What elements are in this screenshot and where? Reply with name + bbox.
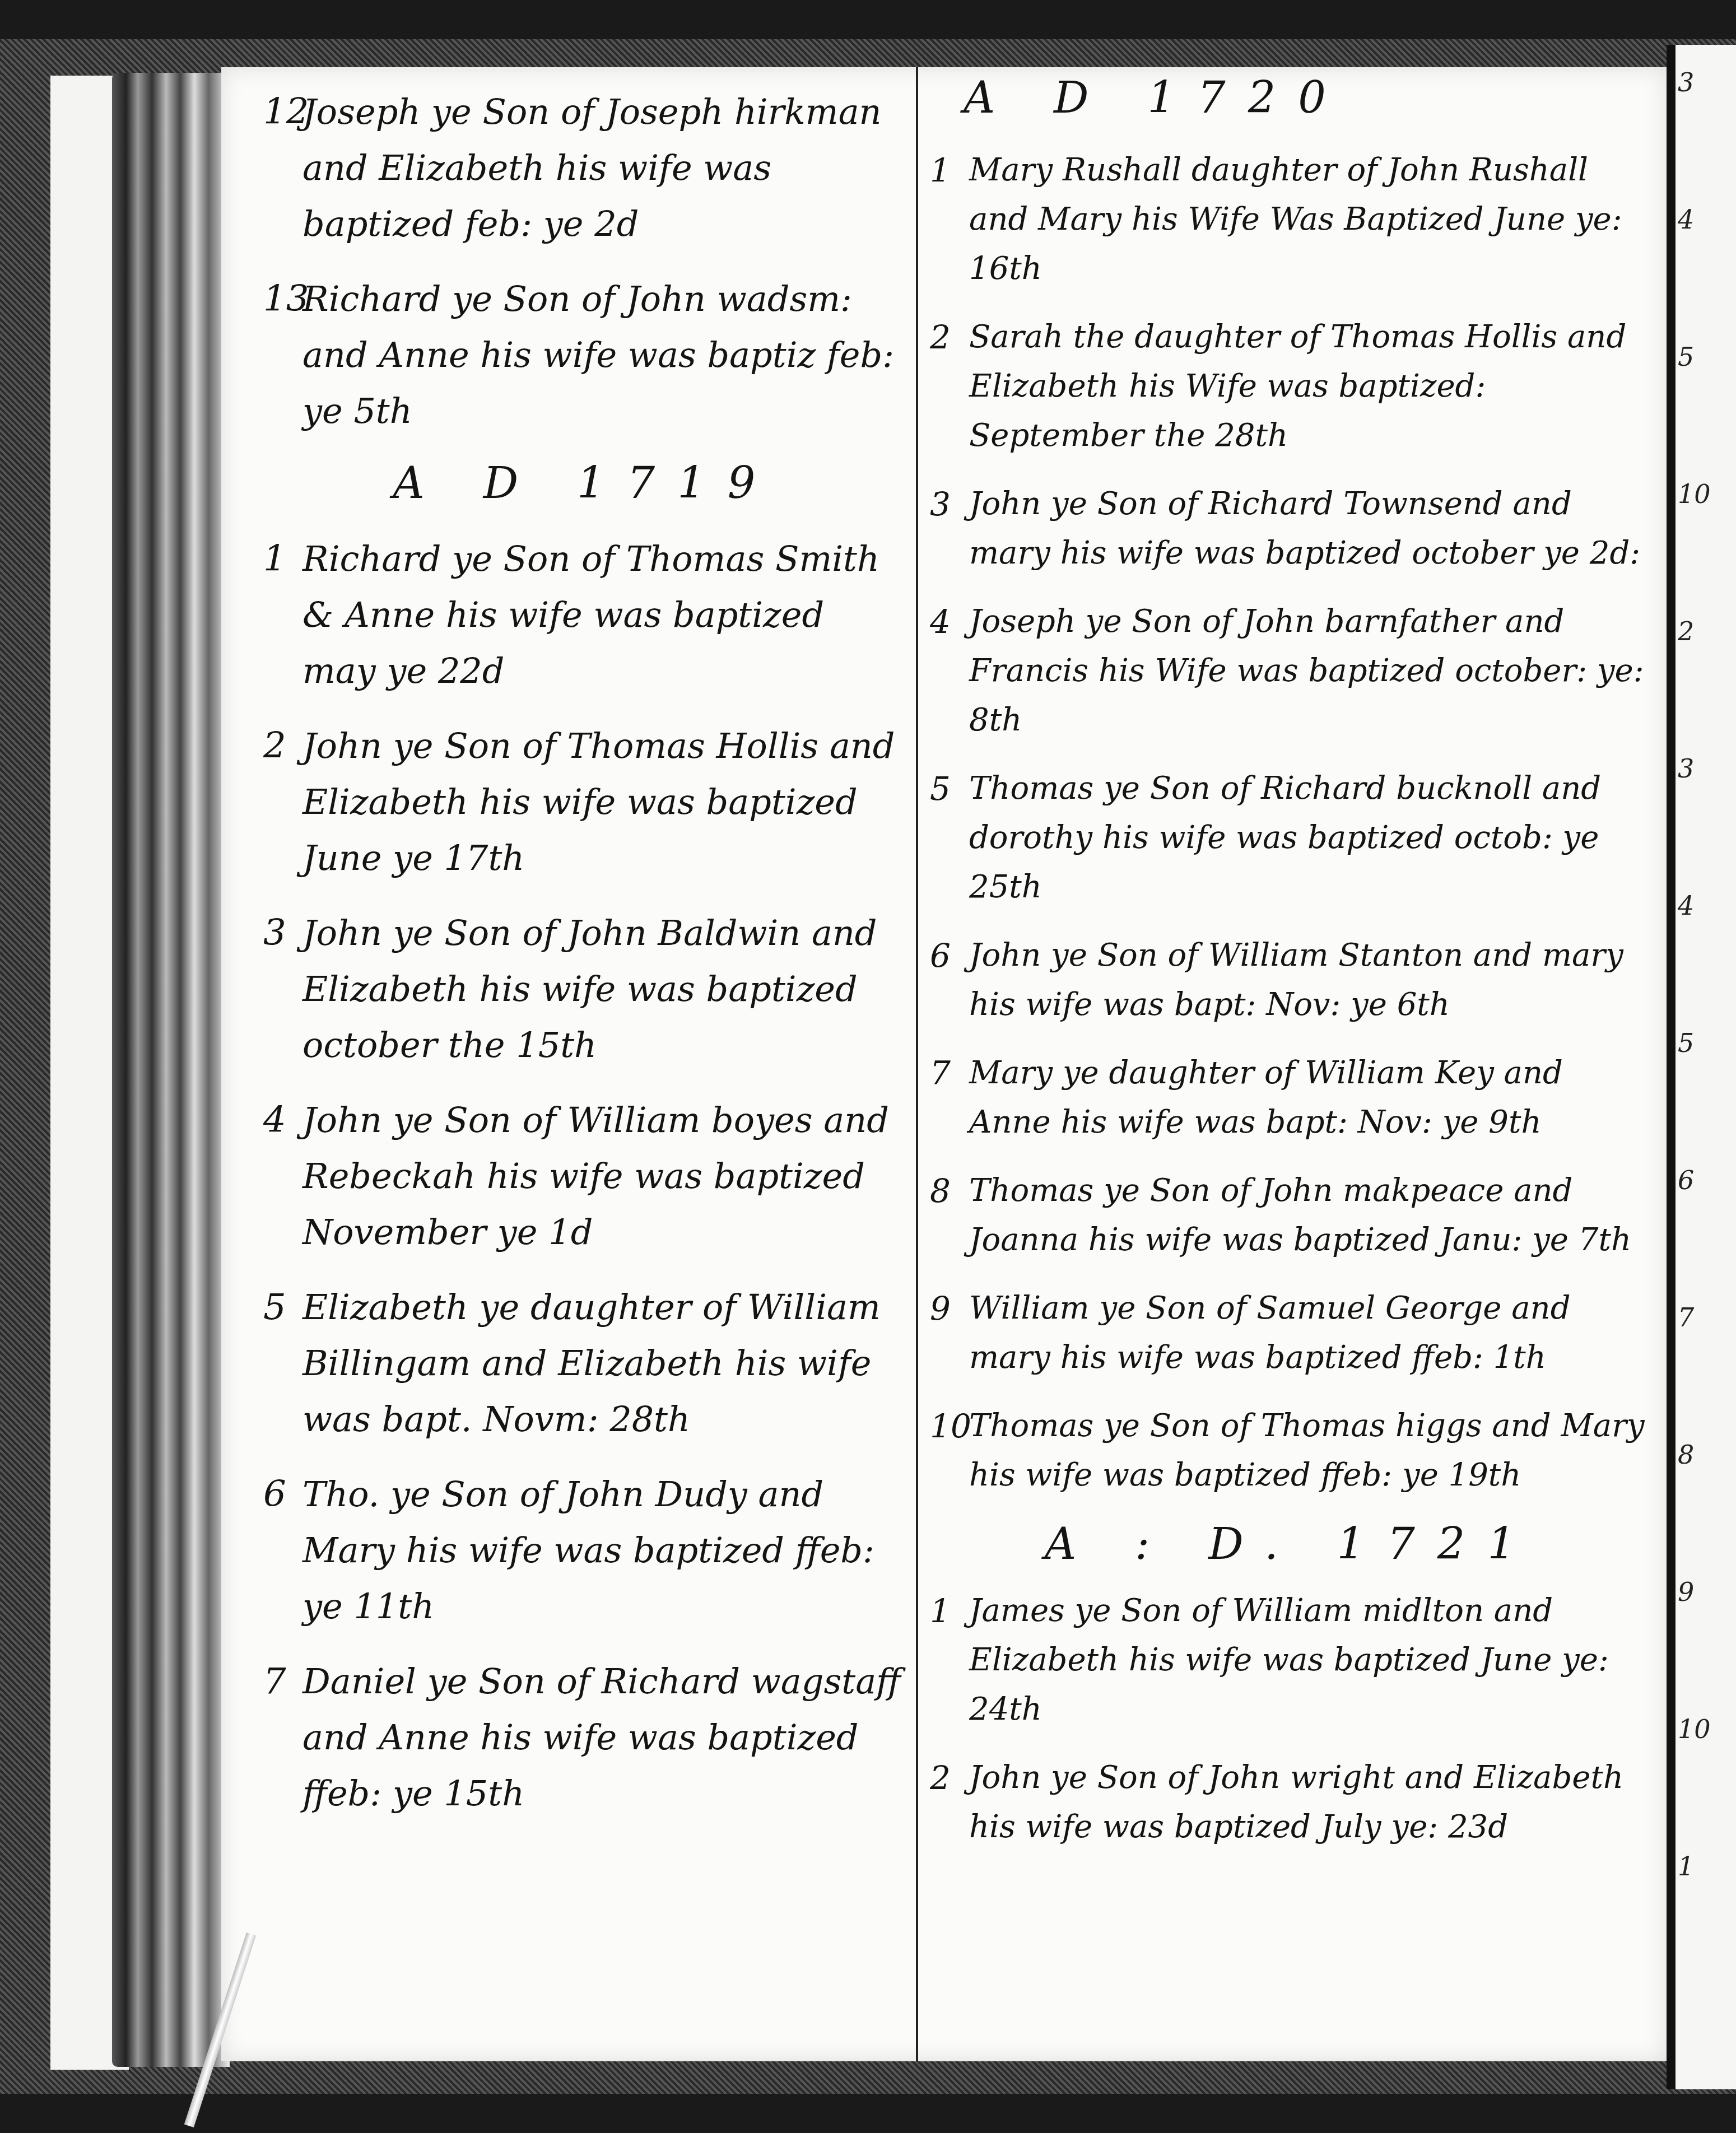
entry-text: John ye Son of Thomas Hollis and Elizabe…: [302, 718, 907, 886]
entry-text: Joseph ye Son of John barnfather and Fra…: [969, 597, 1653, 745]
entry-text: Thomas ye Son of Richard bucknoll and do…: [969, 764, 1653, 912]
entry-text: Joseph ye Son of Joseph hirkman and Eliz…: [302, 84, 907, 252]
entry-text: Tho. ye Son of John Dudy and Mary his wi…: [302, 1466, 907, 1634]
entry-number: 2: [263, 718, 302, 774]
column-rule: [916, 67, 918, 2061]
register-entry: 2 Sarah the daughter of Thomas Hollis an…: [930, 313, 1653, 460]
entry-text: John ye Son of William Stanton and mary …: [969, 931, 1653, 1030]
entry-number: 12: [263, 84, 302, 140]
entry-number: 5: [263, 1279, 302, 1335]
register-entry: 1 Richard ye Son of Thomas Smith & Anne …: [263, 531, 907, 699]
register-entry: 7 Mary ye daughter of William Key and An…: [930, 1049, 1653, 1147]
register-entry: 3 John ye Son of John Baldwin and Elizab…: [263, 905, 907, 1073]
register-entry: 9 William ye Son of Samuel George and ma…: [930, 1284, 1653, 1382]
scan-bottom-edge: [0, 2094, 1736, 2133]
register-entry: 6 Tho. ye Son of John Dudy and Mary his …: [263, 1466, 907, 1634]
entry-number: 7: [930, 1049, 969, 1098]
register-entry: 12 Joseph ye Son of Joseph hirkman and E…: [263, 84, 907, 252]
register-entry: 7 Daniel ye Son of Richard wagstaff and …: [263, 1654, 907, 1822]
entry-number: 3: [263, 905, 302, 961]
register-entry: 5 Elizabeth ye daughter of William Billi…: [263, 1279, 907, 1447]
year-heading: A : D. 1721: [930, 1519, 1653, 1570]
entry-text: John ye Son of William boyes and Rebecka…: [302, 1092, 907, 1260]
entry-text: Mary Rushall daughter of John Rushall an…: [969, 146, 1653, 294]
entry-number: 13: [263, 271, 302, 327]
margin-number: 7: [1678, 1302, 1711, 1440]
entry-number: 6: [930, 931, 969, 980]
margin-number: 1: [1678, 1851, 1711, 1988]
entry-number: 5: [930, 764, 969, 813]
register-entry: 5 Thomas ye Son of Richard bucknoll and …: [930, 764, 1653, 912]
year-heading: A D 1719: [263, 458, 907, 509]
register-entry: 3 John ye Son of Richard Townsend and ma…: [930, 479, 1653, 578]
year-heading: A D 1720: [930, 73, 1653, 123]
left-column: 12 Joseph ye Son of Joseph hirkman and E…: [263, 84, 907, 1841]
entry-text: Sarah the daughter of Thomas Hollis and …: [969, 313, 1653, 460]
entry-number: 3: [930, 479, 969, 529]
entry-text: Mary ye daughter of William Key and Anne…: [969, 1049, 1653, 1147]
margin-number: 2: [1678, 616, 1711, 753]
margin-number: 9: [1678, 1577, 1711, 1714]
margin-number: 10: [1678, 479, 1711, 616]
entry-number: 2: [930, 313, 969, 362]
entry-text: Richard ye Son of John wadsm: and Anne h…: [302, 271, 907, 439]
entry-number: 9: [930, 1284, 969, 1333]
register-entry: 4 Joseph ye Son of John barnfather and F…: [930, 597, 1653, 745]
entry-number: 4: [263, 1092, 302, 1148]
entry-number: 4: [930, 597, 969, 646]
register-entry: 8 Thomas ye Son of John makpeace and Joa…: [930, 1166, 1653, 1265]
entry-number: 1: [263, 531, 302, 587]
entry-number: 1: [930, 146, 969, 195]
register-entry: 2 John ye Son of John wright and Elizabe…: [930, 1753, 1653, 1852]
scan-top-edge: [0, 0, 1736, 39]
margin-number: 3: [1678, 67, 1711, 204]
entry-number: 7: [263, 1654, 302, 1710]
book-binding-edge: [112, 73, 230, 2067]
margin-number: 4: [1678, 891, 1711, 1028]
margin-number: 6: [1678, 1165, 1711, 1302]
margin-number: 5: [1678, 342, 1711, 479]
entry-text: Thomas ye Son of Thomas higgs and Mary h…: [969, 1401, 1653, 1500]
entry-text: Daniel ye Son of Richard wagstaff and An…: [302, 1654, 907, 1822]
register-entry: 1 Mary Rushall daughter of John Rushall …: [930, 146, 1653, 294]
register-entry: 1 James ye Son of William midlton and El…: [930, 1586, 1653, 1734]
entry-text: John ye Son of John wright and Elizabeth…: [969, 1753, 1653, 1852]
entry-text: James ye Son of William midlton and Eliz…: [969, 1586, 1653, 1734]
entry-text: William ye Son of Samuel George and mary…: [969, 1284, 1653, 1382]
entry-number: 8: [930, 1166, 969, 1215]
next-page-margin-numbers: 3 4 5 10 2 3 4 5 6 7 8 9 10 1: [1678, 67, 1711, 1988]
entry-text: Richard ye Son of Thomas Smith & Anne hi…: [302, 531, 907, 699]
register-entry: 4 John ye Son of William boyes and Rebec…: [263, 1092, 907, 1260]
entry-number: 6: [263, 1466, 302, 1522]
right-column: A D 1720 1 Mary Rushall daughter of John…: [930, 73, 1653, 1871]
entry-text: John ye Son of John Baldwin and Elizabet…: [302, 905, 907, 1073]
register-entry: 10 Thomas ye Son of Thomas higgs and Mar…: [930, 1401, 1653, 1500]
margin-number: 8: [1678, 1440, 1711, 1577]
entry-text: Thomas ye Son of John makpeace and Joann…: [969, 1166, 1653, 1265]
margin-number: 4: [1678, 204, 1711, 342]
entry-number: 2: [930, 1753, 969, 1803]
register-entry: 13 Richard ye Son of John wadsm: and Ann…: [263, 271, 907, 439]
entry-number: 10: [930, 1401, 969, 1451]
margin-number: 10: [1678, 1714, 1711, 1851]
entry-number: 1: [930, 1586, 969, 1636]
register-entry: 2 John ye Son of Thomas Hollis and Eliza…: [263, 718, 907, 886]
entry-text: Elizabeth ye daughter of William Billing…: [302, 1279, 907, 1447]
register-entry: 6 John ye Son of William Stanton and mar…: [930, 931, 1653, 1030]
margin-number: 3: [1678, 753, 1711, 891]
entry-text: John ye Son of Richard Townsend and mary…: [969, 479, 1653, 578]
margin-number: 5: [1678, 1028, 1711, 1165]
